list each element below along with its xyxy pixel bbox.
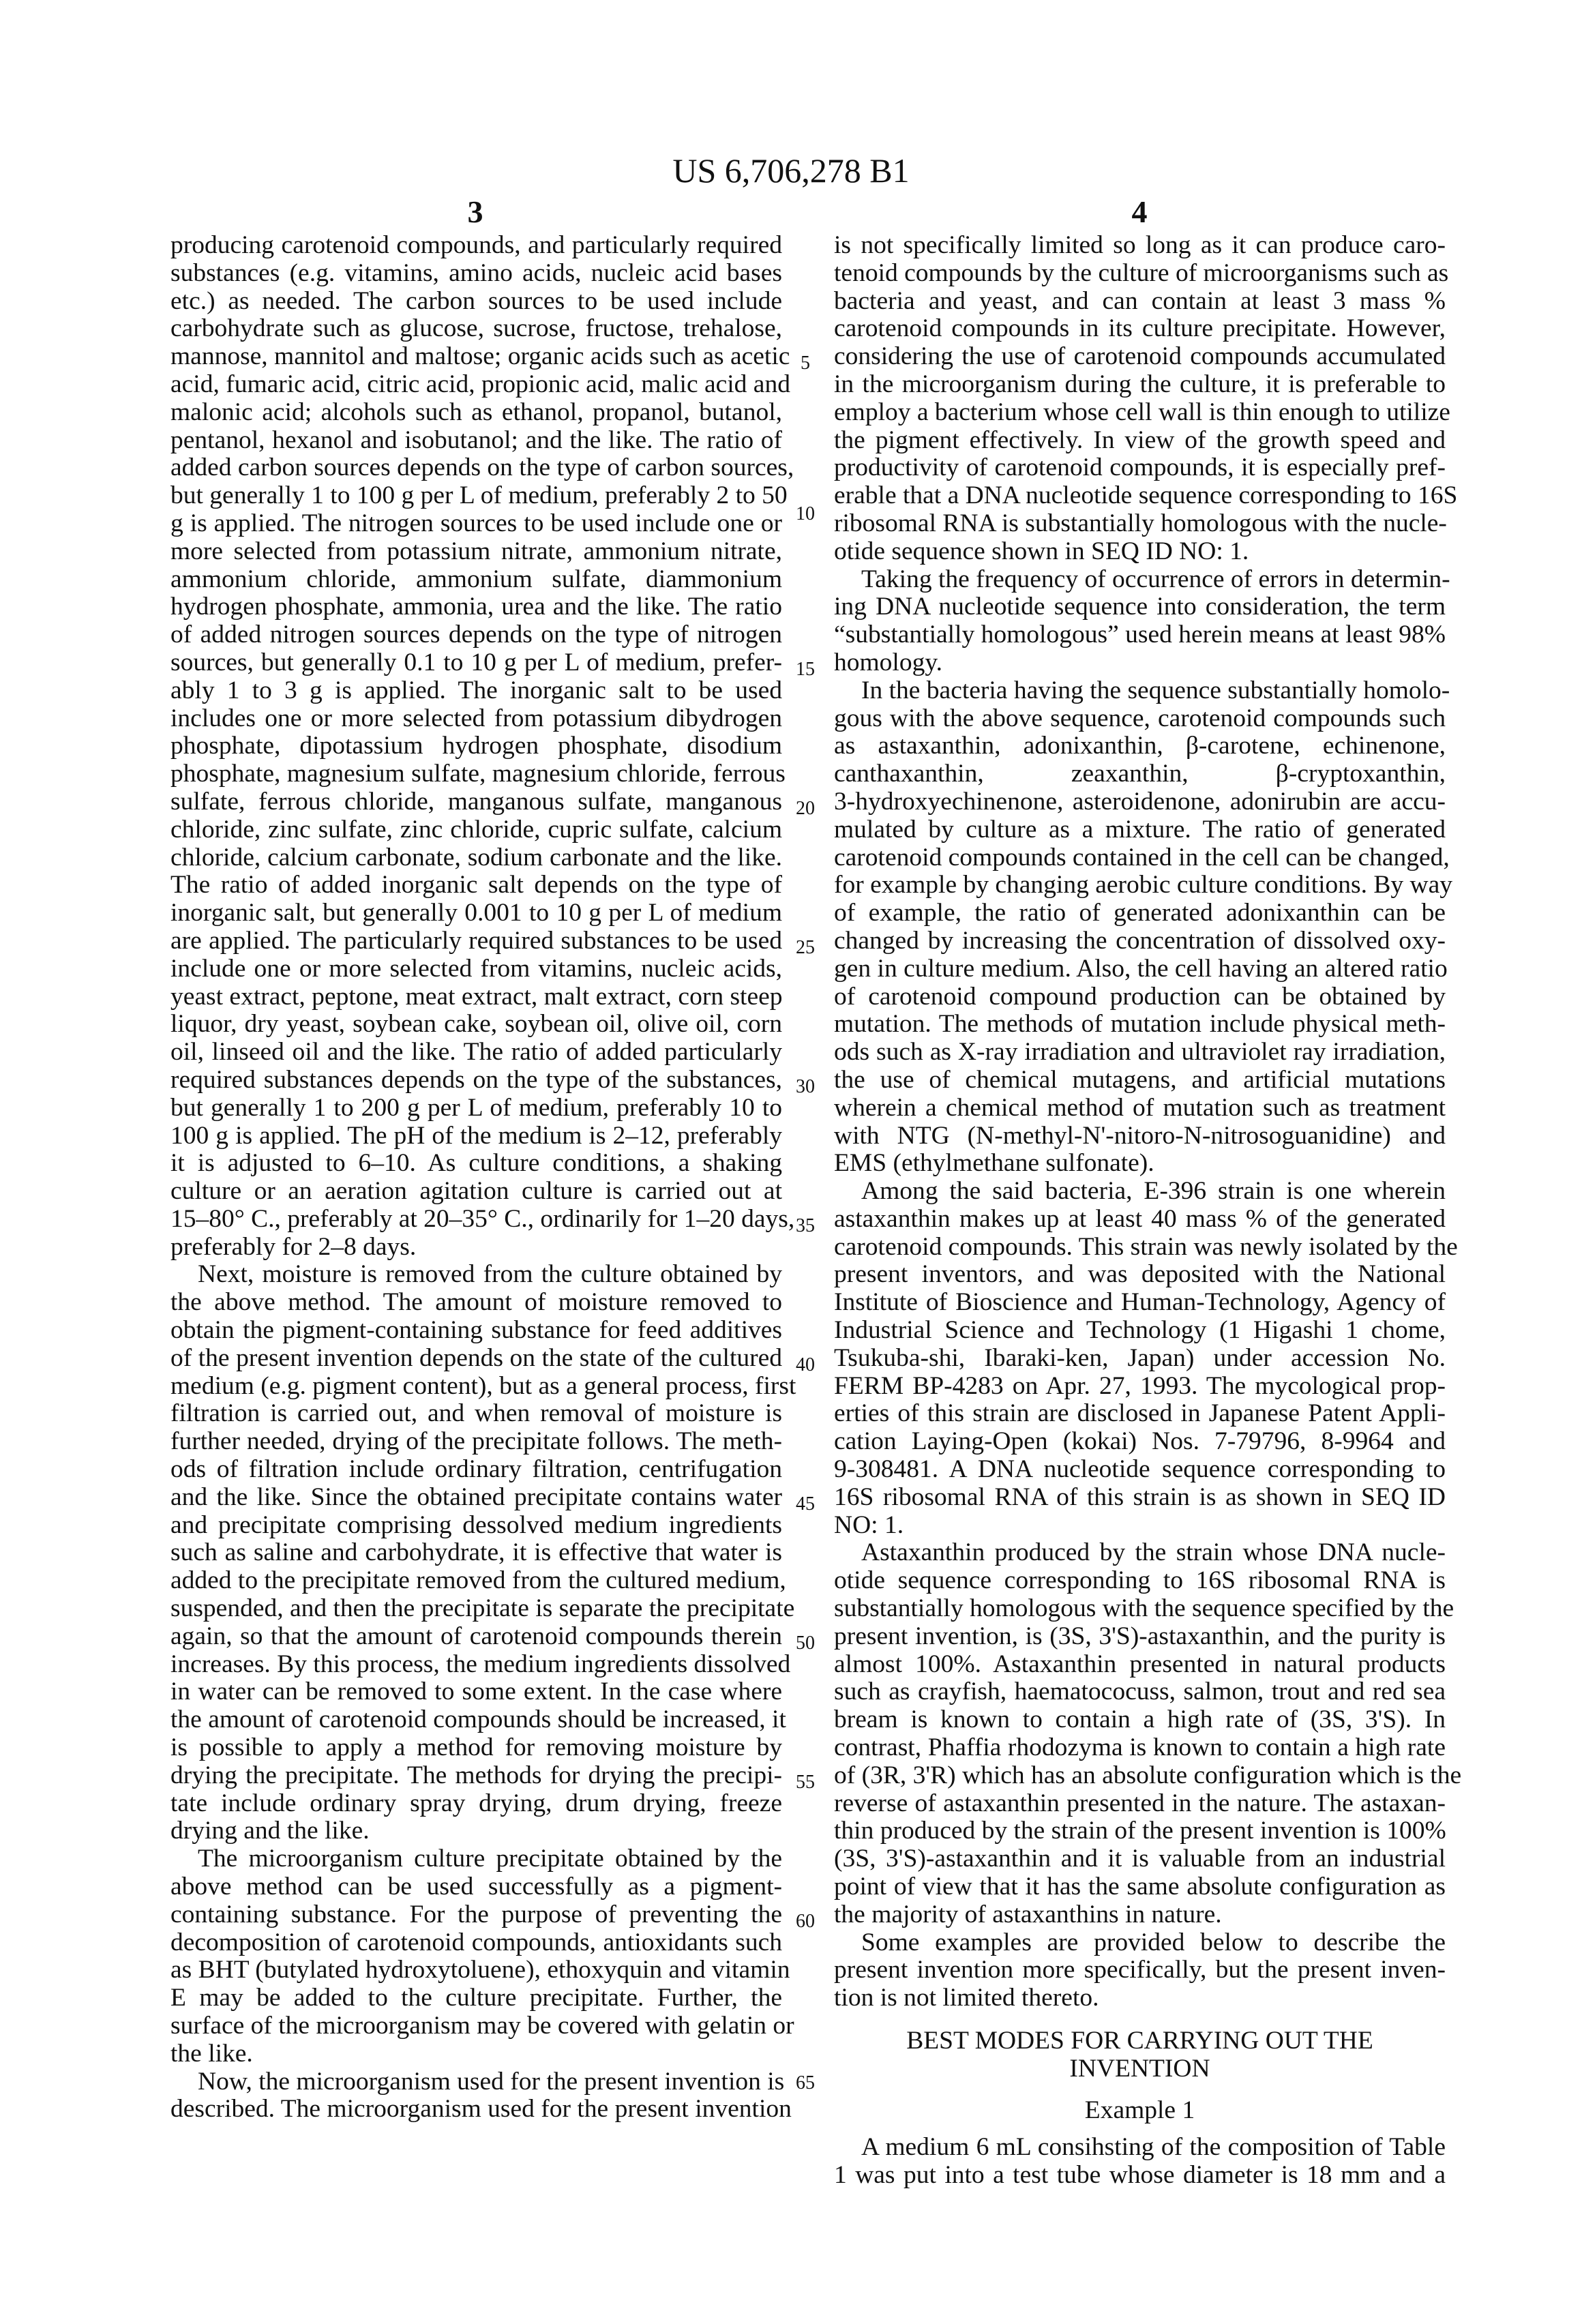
text-line: with NTG (N-methyl-N'-nitoro-N-nitrosogu… xyxy=(834,1122,1446,1150)
text-line: of added nitrogen sources depends on the… xyxy=(170,621,782,649)
text-line: 3-hydroxyechinenone, asteroidenone, adon… xyxy=(834,788,1446,816)
text-line: as astaxanthin, adonixanthin, β-carotene… xyxy=(834,732,1446,760)
line-number: 20 xyxy=(786,799,824,819)
text-line: suspended, and then the precipitate is s… xyxy=(170,1595,782,1623)
text-line: chloride, zinc sulfate, zinc chloride, c… xyxy=(170,816,782,844)
text-line: are applied. The particularly required s… xyxy=(170,927,782,955)
section-heading: INVENTION xyxy=(834,2055,1446,2083)
text-line: drying the precipitate. The methods for … xyxy=(170,1762,782,1790)
text-line: substantially homologous with the sequen… xyxy=(834,1595,1446,1623)
text-line: ably 1 to 3 g is applied. The inorganic … xyxy=(170,677,782,705)
text-line: malonic acid; alcohols such as ethanol, … xyxy=(170,399,782,427)
text-line: Industrial Science and Technology (1 Hig… xyxy=(834,1317,1446,1345)
text-line: erable that a DNA nucleotide sequence co… xyxy=(834,482,1446,510)
section-heading: BEST MODES FOR CARRYING OUT THE xyxy=(834,2027,1446,2055)
text-line: include one or more selected from vitami… xyxy=(170,955,782,983)
text-line: mutation. The methods of mutation includ… xyxy=(834,1011,1446,1039)
text-line: otide sequence shown in SEQ ID NO: 1. xyxy=(834,538,1446,566)
text-line: E may be added to the culture precipitat… xyxy=(170,1984,782,2012)
text-line: and precipitate comprising dessolved med… xyxy=(170,1512,782,1540)
text-line: for example by changing aerobic culture … xyxy=(834,871,1446,899)
text-line: pentanol, hexanol and isobutanol; and th… xyxy=(170,427,782,455)
page-number-right: 4 xyxy=(1099,195,1180,229)
text-line: added carbon sources depends on the type… xyxy=(170,454,782,482)
line-number: 10 xyxy=(786,504,824,524)
text-line: changed by increasing the concentration … xyxy=(834,927,1446,955)
text-line: the above method. The amount of moisture… xyxy=(170,1289,782,1317)
text-line: in the microorganism during the culture,… xyxy=(834,371,1446,399)
line-number: 45 xyxy=(786,1494,824,1515)
text-line: mulated by culture as a mixture. The rat… xyxy=(834,816,1446,844)
line-number: 15 xyxy=(786,659,824,680)
text-line: phosphate, dipotassium hydrogen phosphat… xyxy=(170,732,782,760)
text-line: cation Laying-Open (kokai) Nos. 7-79796,… xyxy=(834,1428,1446,1456)
text-line: surface of the microorganism may be cove… xyxy=(170,2012,782,2040)
text-line: astaxanthin makes up at least 40 mass % … xyxy=(834,1206,1446,1234)
text-line: contrast, Phaffia rhodozyma is known to … xyxy=(834,1734,1446,1762)
text-line: tion is not limited thereto. xyxy=(834,1984,1446,2012)
text-line: drying and the like. xyxy=(170,1817,782,1845)
text-line: carotenoid compounds contained in the ce… xyxy=(834,844,1446,872)
text-line: 1 was put into a test tube whose diamete… xyxy=(834,2162,1446,2190)
text-line: the use of chemical mutagens, and artifi… xyxy=(834,1067,1446,1094)
text-line: otide sequence corresponding to 16S ribo… xyxy=(834,1567,1446,1595)
text-line: tate include ordinary spray drying, drum… xyxy=(170,1790,782,1818)
spacer xyxy=(834,2012,1446,2027)
text-line: chloride, calcium carbonate, sodium carb… xyxy=(170,844,782,872)
text-line: FERM BP-4283 on Apr. 27, 1993. The mycol… xyxy=(834,1373,1446,1401)
text-line: preferably for 2–8 days. xyxy=(170,1234,782,1262)
text-line: of carotenoid compound production can be… xyxy=(834,983,1446,1011)
text-line: inorganic salt, but generally 0.001 to 1… xyxy=(170,899,782,927)
text-line: ods of filtration include ordinary filtr… xyxy=(170,1456,782,1484)
line-number: 60 xyxy=(786,1911,824,1932)
text-line: added to the precipitate removed from th… xyxy=(170,1567,782,1595)
text-line: present invention, is (3S, 3'S)-astaxant… xyxy=(834,1623,1446,1651)
text-line: bream is known to contain a high rate of… xyxy=(834,1706,1446,1734)
text-line: hydrogen phosphate, ammonia, urea and th… xyxy=(170,593,782,621)
text-line: wherein a chemical method of mutation su… xyxy=(834,1094,1446,1122)
text-line: “substantially homologous” used herein m… xyxy=(834,621,1446,649)
spacer xyxy=(834,2083,1446,2097)
text-line: gen in culture medium. Also, the cell ha… xyxy=(834,955,1446,983)
text-line: ribosomal RNA is substantially homologou… xyxy=(834,510,1446,538)
text-line: Taking the frequency of occurrence of er… xyxy=(834,566,1446,594)
text-line: the amount of carotenoid compounds shoul… xyxy=(170,1706,782,1734)
text-line: is not specifically limited so long as i… xyxy=(834,232,1446,260)
line-number: 50 xyxy=(786,1633,824,1654)
text-line: increases. By this process, the medium i… xyxy=(170,1651,782,1679)
text-line: erties of this strain are disclosed in J… xyxy=(834,1400,1446,1428)
text-line: of example, the ratio of generated adoni… xyxy=(834,899,1446,927)
text-line: Some examples are provided below to desc… xyxy=(834,1929,1446,1957)
line-number: 30 xyxy=(786,1077,824,1097)
text-line: the like. xyxy=(170,2040,782,2068)
text-line: point of view that it has the same absol… xyxy=(834,1873,1446,1901)
text-line: almost 100%. Astaxanthin presented in na… xyxy=(834,1651,1446,1679)
text-line: but generally 1 to 200 g per L of medium… xyxy=(170,1094,782,1122)
text-line: producing carotenoid compounds, and part… xyxy=(170,232,782,260)
text-line: The microorganism culture precipitate ob… xyxy=(170,1845,782,1873)
line-number: 25 xyxy=(786,938,824,958)
text-line: the pigment effectively. In view of the … xyxy=(834,427,1446,455)
text-line: Institute of Bioscience and Human-Techno… xyxy=(834,1289,1446,1317)
text-line: such as saline and carbohydrate, it is e… xyxy=(170,1539,782,1567)
text-line: it is adjusted to 6–10. As culture condi… xyxy=(170,1150,782,1178)
text-line: Next, moisture is removed from the cultu… xyxy=(170,1261,782,1289)
text-line: (3S, 3'S)-astaxanthin and it is valuable… xyxy=(834,1845,1446,1873)
text-line: substances (e.g. vitamins, amino acids, … xyxy=(170,260,782,288)
example-heading: Example 1 xyxy=(834,2097,1446,2125)
line-number: 55 xyxy=(786,1772,824,1793)
text-line: filtration is carried out, and when remo… xyxy=(170,1400,782,1428)
text-line: reverse of astaxanthin presented in the … xyxy=(834,1790,1446,1818)
text-line: gous with the above sequence, carotenoid… xyxy=(834,705,1446,733)
right-column: is not specifically limited so long as i… xyxy=(834,232,1446,2190)
text-line: 15–80° C., preferably at 20–35° C., ordi… xyxy=(170,1206,782,1234)
text-line: NO: 1. xyxy=(834,1512,1446,1540)
text-line: above method can be used successfully as… xyxy=(170,1873,782,1901)
text-line: required substances depends on the type … xyxy=(170,1067,782,1094)
text-line: containing substance. For the purpose of… xyxy=(170,1901,782,1929)
text-line: employ a bacterium whose cell wall is th… xyxy=(834,399,1446,427)
text-line: 100 g is applied. The pH of the medium i… xyxy=(170,1122,782,1150)
line-number: 5 xyxy=(786,353,824,374)
text-line: present inventors, and was deposited wit… xyxy=(834,1261,1446,1289)
text-line: liquor, dry yeast, soybean cake, soybean… xyxy=(170,1011,782,1039)
text-line: obtain the pigment-containing substance … xyxy=(170,1317,782,1345)
patent-number-header: US 6,706,278 B1 xyxy=(0,151,1582,190)
text-line: 9-308481. A DNA nucleotide sequence corr… xyxy=(834,1456,1446,1484)
text-line: Tsukuba-shi, Ibaraki-ken, Japan) under a… xyxy=(834,1345,1446,1373)
text-line: in water can be removed to some extent. … xyxy=(170,1678,782,1706)
text-line: as BHT (butylated hydroxytoluene), ethox… xyxy=(170,1956,782,1984)
text-line: ammonium chloride, ammonium sulfate, dia… xyxy=(170,566,782,594)
text-line: productivity of carotenoid compounds, it… xyxy=(834,454,1446,482)
text-line: includes one or more selected from potas… xyxy=(170,705,782,733)
text-line: ing DNA nucleotide sequence into conside… xyxy=(834,593,1446,621)
text-line: further needed, drying of the precipitat… xyxy=(170,1428,782,1456)
text-line: etc.) as needed. The carbon sources to b… xyxy=(170,288,782,316)
text-line: sulfate, ferrous chloride, manganous sul… xyxy=(170,788,782,816)
text-line: thin produced by the strain of the prese… xyxy=(834,1817,1446,1845)
text-line: EMS (ethylmethane sulfonate). xyxy=(834,1150,1446,1178)
text-line: is possible to apply a method for removi… xyxy=(170,1734,782,1762)
text-line: In the bacteria having the sequence subs… xyxy=(834,677,1446,705)
text-line: 16S ribosomal RNA of this strain is as s… xyxy=(834,1484,1446,1512)
text-line: Now, the microorganism used for the pres… xyxy=(170,2068,782,2096)
text-line: mannose, mannitol and maltose; organic a… xyxy=(170,343,782,371)
text-line: oil, linseed oil and the like. The ratio… xyxy=(170,1039,782,1067)
text-line: carbohydrate such as glucose, sucrose, f… xyxy=(170,315,782,343)
text-line: sources, but generally 0.1 to 10 g per L… xyxy=(170,649,782,677)
text-line: tenoid compounds by the culture of micro… xyxy=(834,260,1446,288)
text-line: homology. xyxy=(834,649,1446,677)
text-line: culture or an aeration agitation culture… xyxy=(170,1178,782,1206)
text-line: more selected from potassium nitrate, am… xyxy=(170,538,782,566)
text-line: canthaxanthin, zeaxanthin, β-cryptoxanth… xyxy=(834,760,1446,788)
page-number-left: 3 xyxy=(434,195,516,229)
text-line: but generally 1 to 100 g per L of medium… xyxy=(170,482,782,510)
text-line: medium (e.g. pigment content), but as a … xyxy=(170,1373,782,1401)
text-line: carotenoid compounds. This strain was ne… xyxy=(834,1234,1446,1262)
text-line: g is applied. The nitrogen sources to be… xyxy=(170,510,782,538)
left-column: producing carotenoid compounds, and part… xyxy=(170,232,782,2124)
text-line: yeast extract, peptone, meat extract, ma… xyxy=(170,983,782,1011)
text-line: the majority of astaxanthins in nature. xyxy=(834,1901,1446,1929)
text-line: ods such as X-ray irradiation and ultrav… xyxy=(834,1039,1446,1067)
text-line: acid, fumaric acid, citric acid, propion… xyxy=(170,371,782,399)
line-number: 65 xyxy=(786,2073,824,2094)
text-line: Among the said bacteria, E-396 strain is… xyxy=(834,1178,1446,1206)
text-line: The ratio of added inorganic salt depend… xyxy=(170,871,782,899)
text-line: of (3R, 3'R) which has an absolute confi… xyxy=(834,1762,1446,1790)
text-line: bacteria and yeast, and can contain at l… xyxy=(834,288,1446,316)
text-line: Astaxanthin produced by the strain whose… xyxy=(834,1539,1446,1567)
text-line: present invention more specifically, but… xyxy=(834,1956,1446,1984)
text-line: decomposition of carotenoid compounds, a… xyxy=(170,1929,782,1957)
text-line: described. The microorganism used for th… xyxy=(170,2096,782,2124)
spacer xyxy=(834,2124,1446,2134)
text-line: again, so that the amount of carotenoid … xyxy=(170,1623,782,1651)
text-line: and the like. Since the obtained precipi… xyxy=(170,1484,782,1512)
text-line: such as crayfish, haematococuss, salmon,… xyxy=(834,1678,1446,1706)
text-line: phosphate, magnesium sulfate, magnesium … xyxy=(170,760,782,788)
text-line: of the present invention depends on the … xyxy=(170,1345,782,1373)
text-line: considering the use of carotenoid compou… xyxy=(834,343,1446,371)
text-line: carotenoid compounds in its culture prec… xyxy=(834,315,1446,343)
text-line: A medium 6 mL consihsting of the composi… xyxy=(834,2134,1446,2162)
